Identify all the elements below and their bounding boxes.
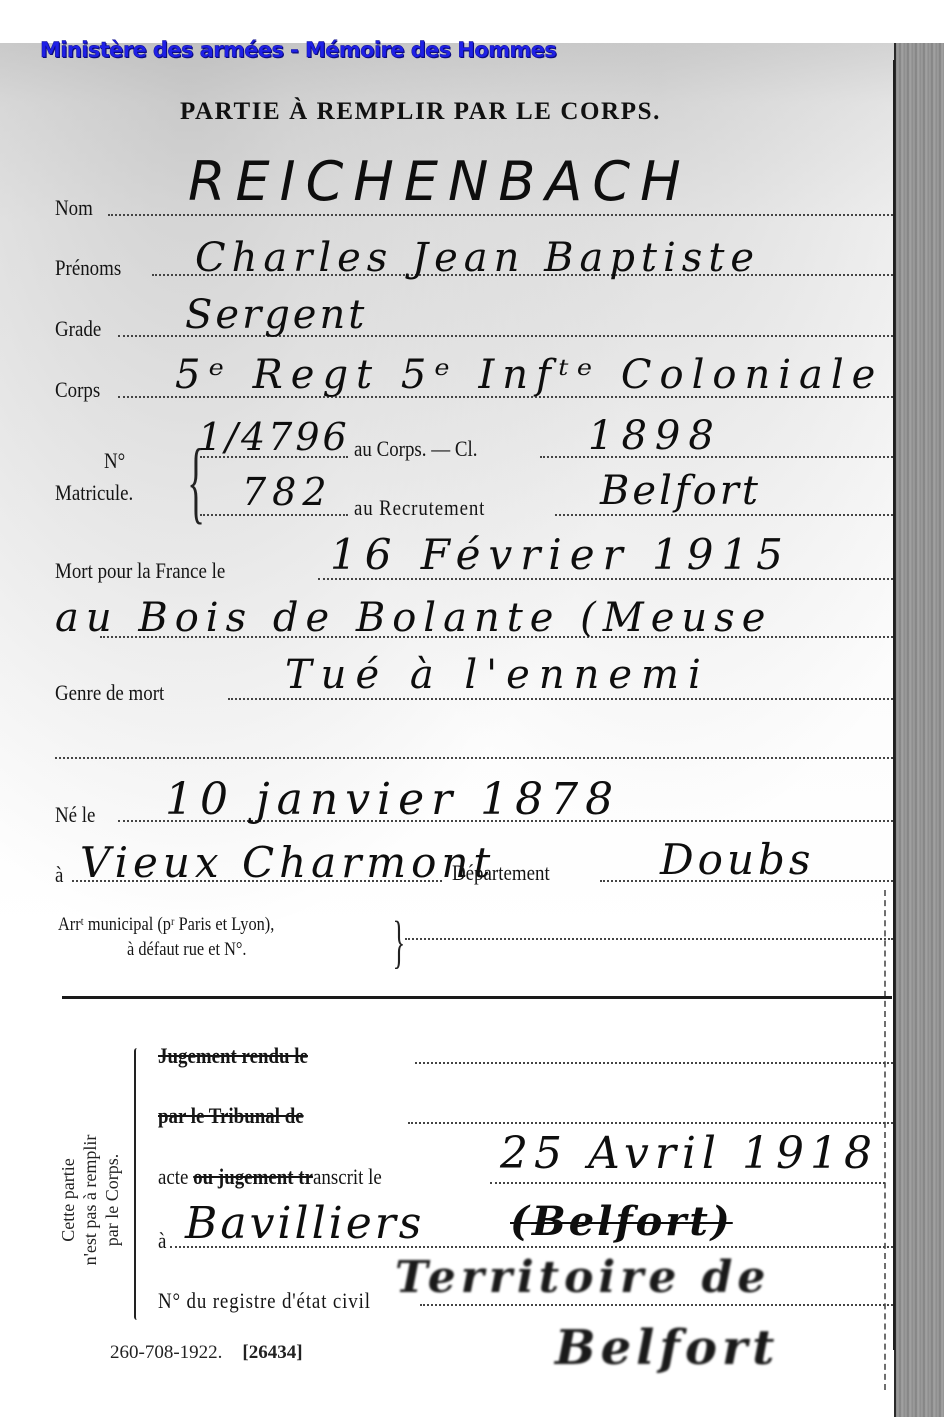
value-date-deces: 16 Février 1915	[330, 530, 791, 579]
label-a-transcription: à	[158, 1228, 166, 1254]
label-prenoms: Prénoms	[55, 255, 121, 281]
field-line-blank	[55, 757, 893, 759]
field-line-genre-de-mort	[228, 698, 893, 700]
value-transcription-lieu-struck: (Belfort)	[510, 1198, 733, 1245]
section-divider	[62, 996, 892, 999]
side-note: Cette partie n'est pas à remplir par le …	[57, 1080, 123, 1320]
label-tribunal-text: par le Tribunal de	[158, 1103, 304, 1128]
side-note-line-3: par le Corps.	[101, 1080, 123, 1320]
field-line-matricule-recrutement	[200, 514, 348, 516]
label-acte-suffix: anscrit le	[313, 1164, 382, 1189]
field-line-jugement	[415, 1062, 893, 1064]
value-date-naissance: 10 janvier 1878	[165, 774, 620, 825]
label-a-naissance: à	[55, 862, 63, 888]
label-tribunal: par le Tribunal de	[158, 1103, 304, 1129]
form-title: PARTIE À REMPLIR PAR LE CORPS.	[180, 98, 661, 126]
value-registre-annotation-2: Belfort	[555, 1320, 779, 1376]
label-au-recrutement: au Recrutement	[354, 495, 485, 521]
value-corps: 5ᵉ Regt 5ᵉ Infᵗᵉ Coloniale	[175, 352, 883, 398]
label-departement: Département	[452, 860, 550, 886]
side-note-line-2: n'est pas à remplir	[79, 1080, 101, 1320]
value-transcription-date: 25 Avril 1918	[500, 1128, 878, 1179]
label-corps: Corps	[55, 377, 100, 403]
label-acte-struck: ou jugement tr	[193, 1164, 313, 1189]
value-lieu-naissance: Vieux Charmont	[80, 838, 495, 887]
value-transcription-lieu: Bavilliers	[185, 1198, 424, 1249]
label-grade: Grade	[55, 316, 101, 342]
label-acte-transcrit: acte ou jugement transcrit le	[158, 1164, 382, 1190]
value-genre-de-mort: Tué à l'ennemi	[285, 652, 710, 698]
field-line-tribunal	[408, 1122, 893, 1124]
label-arr-municipal-1: Arrᵗ municipal (pʳ Paris et Lyon),	[58, 914, 274, 936]
side-note-line-1: Cette partie	[57, 1080, 79, 1320]
value-lieu-deces: au Bois de Bolante (Meuse	[55, 595, 772, 641]
perforation-line	[884, 890, 887, 1390]
value-prenoms: Charles Jean Baptiste	[195, 235, 760, 281]
label-no: N°	[104, 448, 125, 474]
label-au-corps: au Corps. — Cl.	[354, 436, 478, 462]
value-matricule-corps: 1/4796	[198, 415, 350, 459]
label-registre: N° du registre d'état civil	[158, 1288, 371, 1314]
print-footer: 260-708-1922.[26434]	[110, 1342, 303, 1364]
label-acte-prefix: acte	[158, 1164, 193, 1189]
label-nom: Nom	[55, 195, 93, 221]
value-nom: REICHENBACH	[188, 150, 691, 213]
field-line-arr-municipal	[405, 938, 893, 940]
field-line-registre	[420, 1304, 893, 1306]
label-matricule: Matricule.	[55, 480, 133, 506]
label-jugement-rendu: Jugement rendu le	[158, 1043, 308, 1069]
field-line-recrutement	[555, 514, 893, 516]
source-watermark: Ministère des armées - Mémoire des Homme…	[40, 38, 556, 62]
page-edge-line	[893, 60, 895, 1350]
binding-strip	[894, 43, 944, 1417]
value-registre-annotation-1: Territoire de	[395, 1252, 770, 1303]
value-classe: 1898	[588, 413, 722, 459]
label-arr-municipal-2: à défaut rue et N°.	[127, 939, 246, 961]
field-line-nom	[108, 214, 893, 216]
label-genre-de-mort: Genre de mort	[55, 680, 164, 706]
value-matricule-recrutement: 782	[242, 470, 333, 514]
label-ne-le: Né le	[55, 802, 95, 828]
arr-municipal-brace: }	[393, 908, 406, 975]
value-recrutement: Belfort	[600, 468, 761, 514]
label-mort-le: Mort pour la France le	[55, 558, 225, 584]
civil-section-brace	[134, 1048, 140, 1320]
print-reference: [26434]	[242, 1342, 302, 1363]
value-grade: Sergent	[185, 292, 367, 338]
field-line-transcription-date	[490, 1182, 885, 1184]
print-code: 260-708-1922.	[110, 1342, 222, 1363]
value-departement: Doubs	[660, 835, 814, 884]
